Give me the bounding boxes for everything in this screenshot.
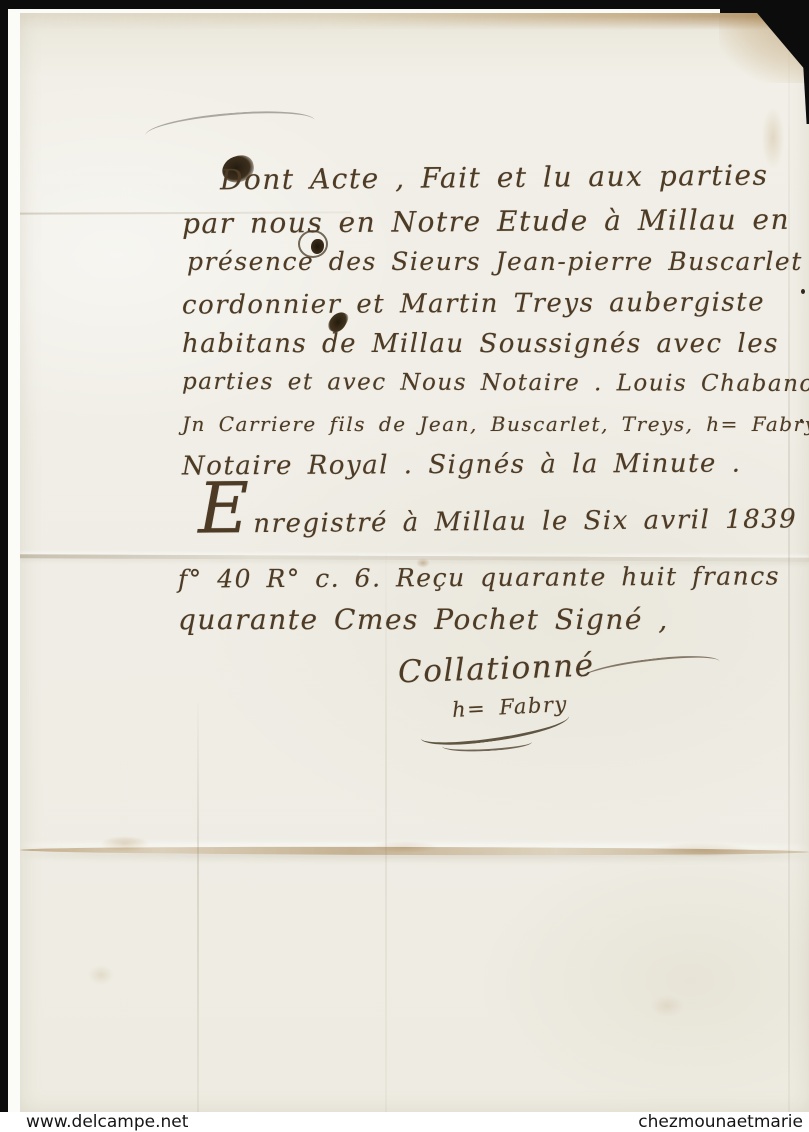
manuscript-line: Jn Carriere fils de Jean, Buscarlet, Tre… (182, 412, 809, 436)
collation-label: Collationné (397, 648, 595, 691)
manuscript-line: présence des Sieurs Jean-pierre Buscarle… (187, 247, 803, 276)
ink-speck (801, 289, 805, 294)
manuscript-line: cordonnier et Martin Treys aubergiste (182, 287, 765, 320)
manuscript-line: parties et avec Nous Notaire . Louis Cha… (182, 369, 809, 397)
scan-border-top (0, 0, 809, 9)
manuscript-line: par nous en Notre Etude à Millau en (182, 203, 790, 240)
fold-line (20, 554, 809, 561)
registration-line: f° 40 R° c. 6. Reçu quarante huit francs (178, 561, 780, 593)
vertical-crease (197, 703, 199, 1112)
scan-border-left (0, 0, 8, 1113)
scanned-document-photo: Dont Acte , Fait et lu aux parties par n… (0, 0, 809, 1132)
aged-top-edge (20, 13, 809, 30)
manuscript-line: Notaire Royal . Signés à la Minute . (182, 449, 742, 482)
manuscript-line: habitans de Millau Soussignés avec les (182, 329, 779, 359)
vertical-crease (385, 553, 387, 1112)
registration-line: Enregistré à Millau le Six avril 1839 (198, 484, 798, 539)
document-paper: Dont Acte , Fait et lu aux parties par n… (20, 13, 809, 1112)
paper-stain (650, 995, 684, 1017)
watermark-right: chezmounaetmarie (638, 1112, 803, 1132)
registration-line: quarante Cmes Pochet Signé , (178, 603, 669, 636)
pen-flourish (579, 651, 721, 690)
manuscript-line: Dont Acte , Fait et lu aux parties (220, 159, 769, 197)
paper-stain (88, 965, 114, 985)
vertical-crease (788, 13, 790, 1112)
watermark-band: www.delcampe.net chezmounaetmarie (0, 1112, 809, 1132)
pencil-mark (144, 107, 316, 149)
watermark-left: www.delcampe.net (26, 1112, 188, 1132)
